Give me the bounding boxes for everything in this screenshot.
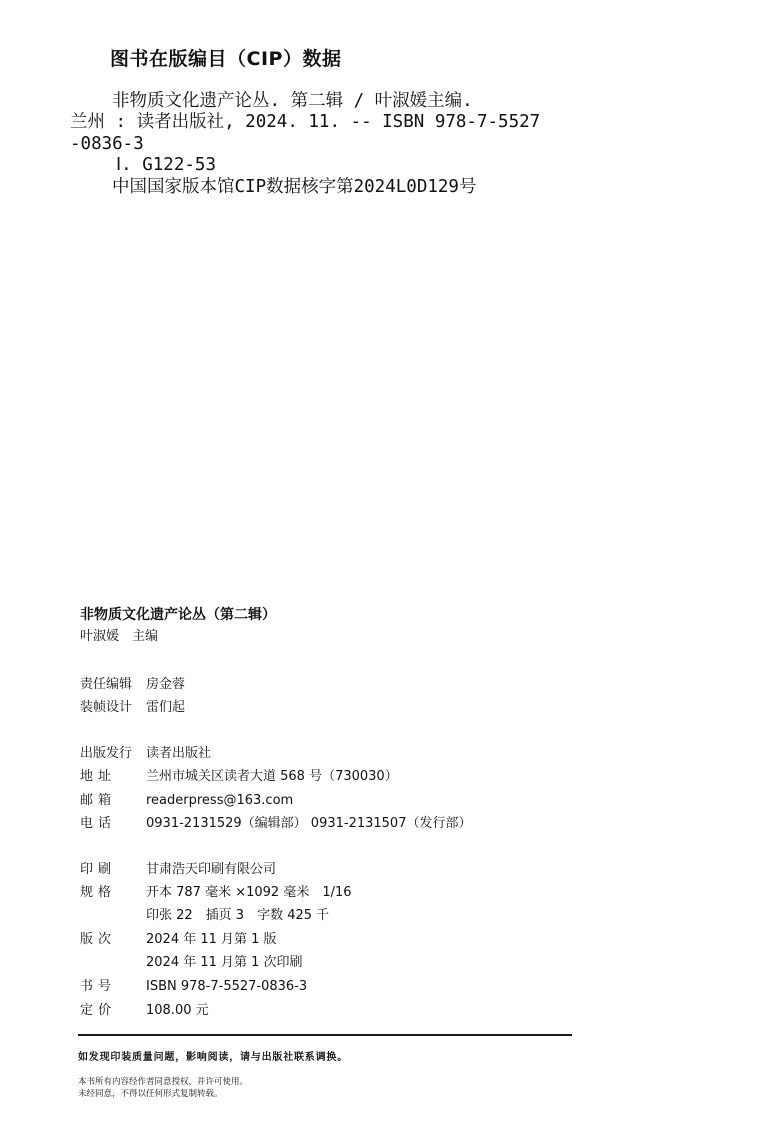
value: 甘肃浩天印刷有限公司 bbox=[146, 862, 276, 878]
label: 地址 bbox=[80, 769, 111, 785]
value: 兰州市城关区读者大道 568 号（730030） bbox=[146, 769, 398, 785]
isbn-value: ISBN 978-7-5527-0836-3 bbox=[146, 979, 307, 995]
label: 书号 bbox=[80, 979, 111, 995]
row-publisher: 出版发行读者出版社 bbox=[80, 746, 211, 762]
label: 版次 bbox=[80, 932, 111, 948]
row-edition: 版次2024 年 11 月第 1 版 bbox=[80, 932, 277, 948]
label: 装帧设计 bbox=[80, 700, 146, 716]
row-phone: 电话0931-2131529（编辑部） 0931-2131507（发行部） bbox=[80, 816, 471, 832]
cip-line-record-number: 中国国家版本馆CIP数据核字第2024L0D129号 bbox=[112, 176, 476, 198]
cip-line-publisher: 兰州 : 读者出版社, 2024. 11. -- ISBN 978-7-5527 bbox=[70, 111, 540, 133]
row-printing: 2024 年 11 月第 1 次印刷 bbox=[80, 955, 303, 971]
label: 责任编辑 bbox=[80, 677, 146, 693]
label: 邮箱 bbox=[80, 793, 111, 809]
label: 印刷 bbox=[80, 862, 111, 878]
row-email: 邮箱readerpress@163.com bbox=[80, 793, 293, 809]
value: 2024 年 11 月第 1 次印刷 bbox=[146, 955, 303, 971]
row-designer: 装帧设计雷们起 bbox=[80, 700, 185, 716]
cip-line-isbn-cont: -0836-3 bbox=[70, 133, 144, 155]
value: 开本 787 毫米 ×1092 毫米 1/16 bbox=[146, 885, 352, 901]
email-value: readerpress@163.com bbox=[146, 793, 293, 809]
row-responsible-editor: 责任编辑房金蓉 bbox=[80, 677, 185, 693]
quality-notice: 如发现印装质量问题，影响阅读，请与出版社联系调换。 bbox=[78, 1048, 348, 1063]
label: 规格 bbox=[80, 885, 111, 901]
row-printer: 印刷甘肃浩天印刷有限公司 bbox=[80, 862, 276, 878]
value: 房金蓉 bbox=[146, 677, 185, 693]
row-format: 规格开本 787 毫米 ×1092 毫米 1/16 bbox=[80, 885, 352, 901]
value: 雷们起 bbox=[146, 700, 185, 716]
value: 2024 年 11 月第 1 版 bbox=[146, 932, 277, 948]
rights-notice-1: 本书所有内容经作者同意授权，并许可使用。 bbox=[78, 1075, 248, 1087]
price-value: 108.00 元 bbox=[146, 1003, 209, 1019]
value: 印张 22 插页 3 字数 425 千 bbox=[146, 908, 329, 924]
divider-line bbox=[78, 1034, 572, 1036]
cip-heading: 图书在版编目（CIP）数据 bbox=[110, 44, 341, 71]
row-price: 定价108.00 元 bbox=[80, 1003, 209, 1019]
value: 读者出版社 bbox=[146, 746, 211, 762]
label: 出版发行 bbox=[80, 746, 146, 762]
phone-value: 0931-2131529（编辑部） 0931-2131507（发行部） bbox=[146, 816, 471, 832]
cip-line-title: 非物质文化遗产论丛. 第二辑 / 叶淑媛主编. bbox=[112, 90, 473, 112]
label: 定价 bbox=[80, 1003, 111, 1019]
book-editor: 叶淑媛 主编 bbox=[80, 629, 158, 645]
row-isbn: 书号ISBN 978-7-5527-0836-3 bbox=[80, 979, 307, 995]
cip-line-classification: Ⅰ. G122-53 bbox=[116, 154, 216, 176]
book-title: 非物质文化遗产论丛（第二辑） bbox=[80, 607, 276, 623]
row-sheets: 印张 22 插页 3 字数 425 千 bbox=[80, 908, 329, 924]
label: 电话 bbox=[80, 816, 111, 832]
row-address: 地址兰州市城关区读者大道 568 号（730030） bbox=[80, 769, 398, 785]
rights-notice-2: 未经同意，不得以任何形式复制转载。 bbox=[78, 1087, 223, 1099]
